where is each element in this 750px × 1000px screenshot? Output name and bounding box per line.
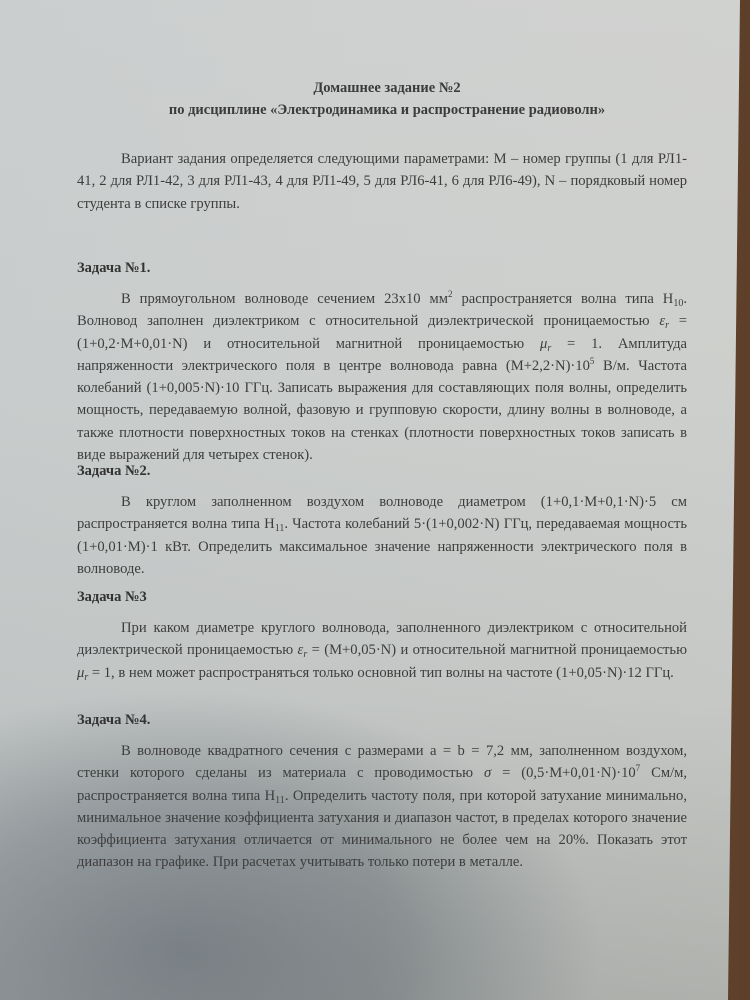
task-1-heading: Задача №1. [77, 258, 687, 278]
title-line-1: Домашнее задание №2 [77, 77, 697, 99]
title-line-2: по дисциплине «Электродинамика и распрос… [77, 99, 697, 121]
task-2-text: В круглом заполненном воздухом волноводе… [77, 491, 687, 580]
task-1-text: В прямоугольном волноводе сечением 23x10… [77, 288, 687, 466]
task-2: Задача №2. В круглом заполненном воздухо… [77, 461, 687, 580]
task-1: Задача №1. В прямоугольном волноводе сеч… [77, 258, 687, 466]
task-4-text: В волноводе квадратного сечения с размер… [77, 740, 687, 874]
task-4-heading: Задача №4. [77, 710, 687, 730]
task-3-heading: Задача №3 [77, 587, 687, 607]
intro-paragraph: Вариант задания определяется следующими … [77, 148, 687, 215]
task-3: Задача №3 При каком диаметре круглого во… [77, 587, 687, 684]
task-4: Задача №4. В волноводе квадратного сечен… [77, 710, 687, 874]
document-title: Домашнее задание №2 по дисциплине «Элект… [77, 77, 697, 121]
task-2-heading: Задача №2. [77, 461, 687, 481]
task-3-text: При каком диаметре круглого волновода, з… [77, 617, 687, 684]
